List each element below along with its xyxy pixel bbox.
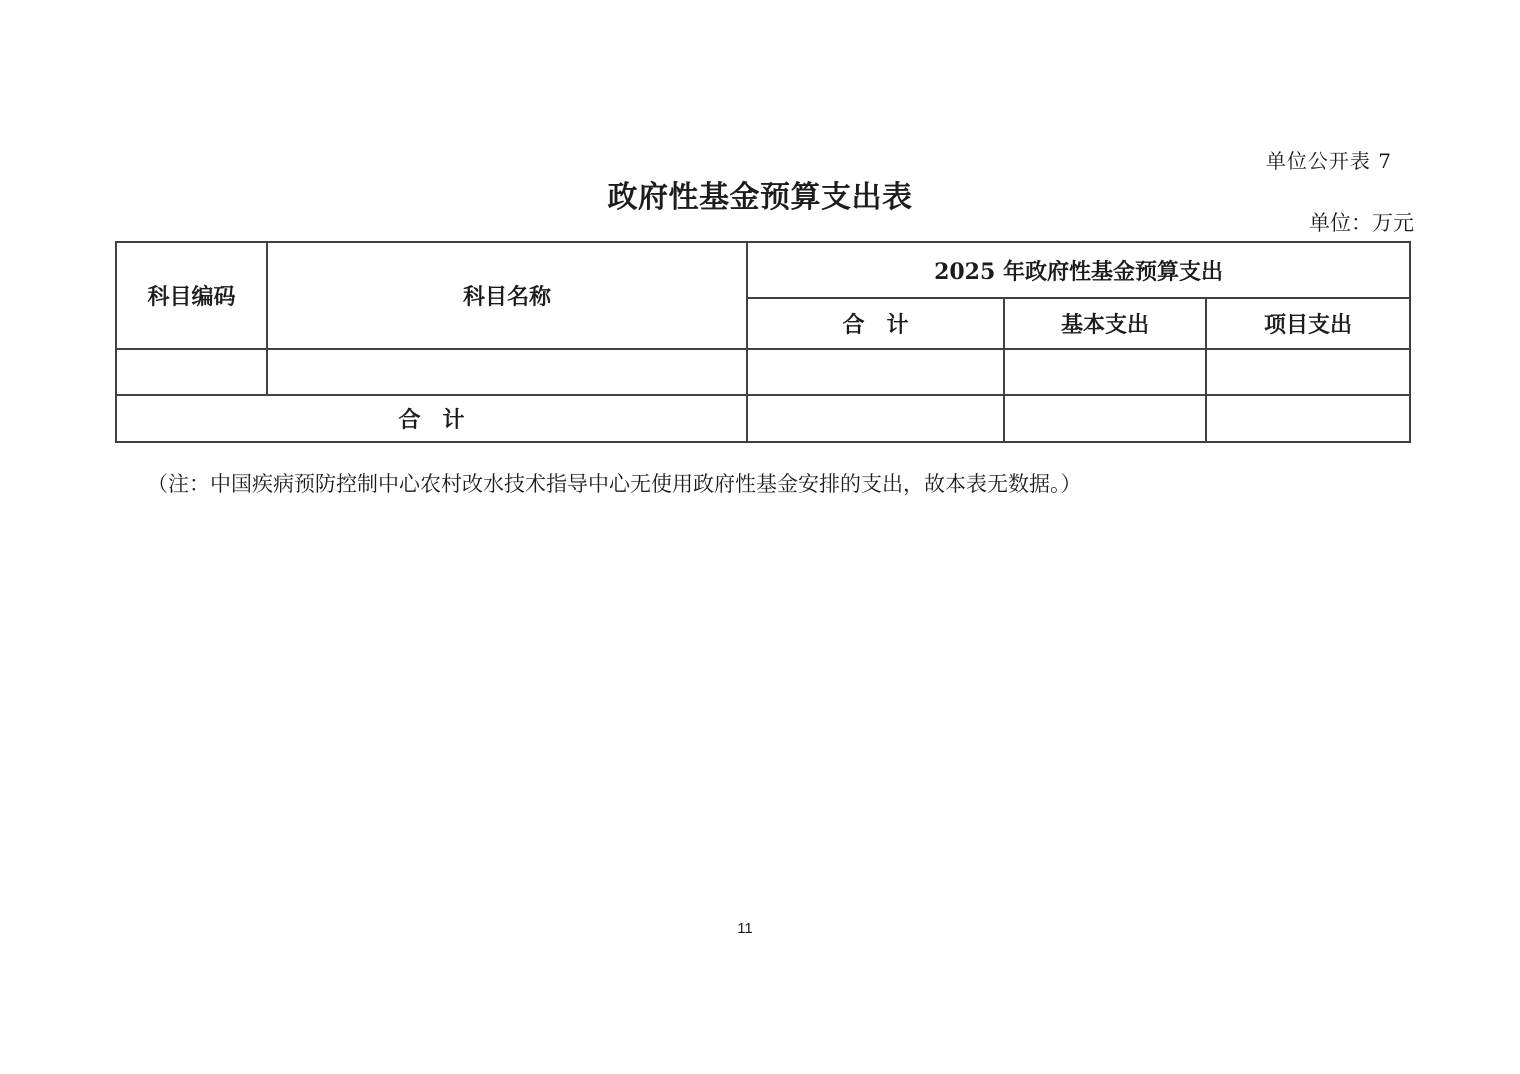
document-page: 单位公开表 7 政府性基金预算支出表 单位：万元 科目编码 科目名称 2025 … bbox=[0, 0, 1520, 1074]
header-cell-total: 合 计 bbox=[747, 298, 1004, 349]
header-cell-subject-code: 科目编码 bbox=[116, 242, 267, 349]
header-cell-year-group: 2025 年政府性基金预算支出 bbox=[747, 242, 1410, 298]
header-cell-project: 项目支出 bbox=[1206, 298, 1410, 349]
data-cell-basic bbox=[1004, 349, 1206, 395]
data-cell-code bbox=[116, 349, 267, 395]
total-cell-total bbox=[747, 395, 1004, 442]
unit-label: 单位：万元 bbox=[1309, 207, 1414, 237]
page-number: 11 bbox=[0, 920, 1490, 937]
table-total-row: 合 计 bbox=[116, 395, 1410, 442]
sheet-corner-label: 单位公开表 7 bbox=[1266, 145, 1392, 174]
header-cell-basic: 基本支出 bbox=[1004, 298, 1206, 349]
footnote: （注：中国疾病预防控制中心农村改水技术指导中心无使用政府性基金安排的支出，故本表… bbox=[147, 470, 1082, 498]
page-title: 政府性基金预算支出表 bbox=[0, 172, 1520, 216]
total-row-label: 合 计 bbox=[116, 395, 747, 442]
budget-table: 科目编码 科目名称 2025 年政府性基金预算支出 合 计 基本支出 项目支出 … bbox=[115, 241, 1411, 443]
data-cell-name bbox=[267, 349, 747, 395]
header-cell-subject-name: 科目名称 bbox=[267, 242, 747, 349]
data-cell-project bbox=[1206, 349, 1410, 395]
table-header-row-1: 科目编码 科目名称 2025 年政府性基金预算支出 bbox=[116, 242, 1410, 298]
total-cell-project bbox=[1206, 395, 1410, 442]
data-cell-total bbox=[747, 349, 1004, 395]
total-cell-basic bbox=[1004, 395, 1206, 442]
table-data-row bbox=[116, 349, 1410, 395]
